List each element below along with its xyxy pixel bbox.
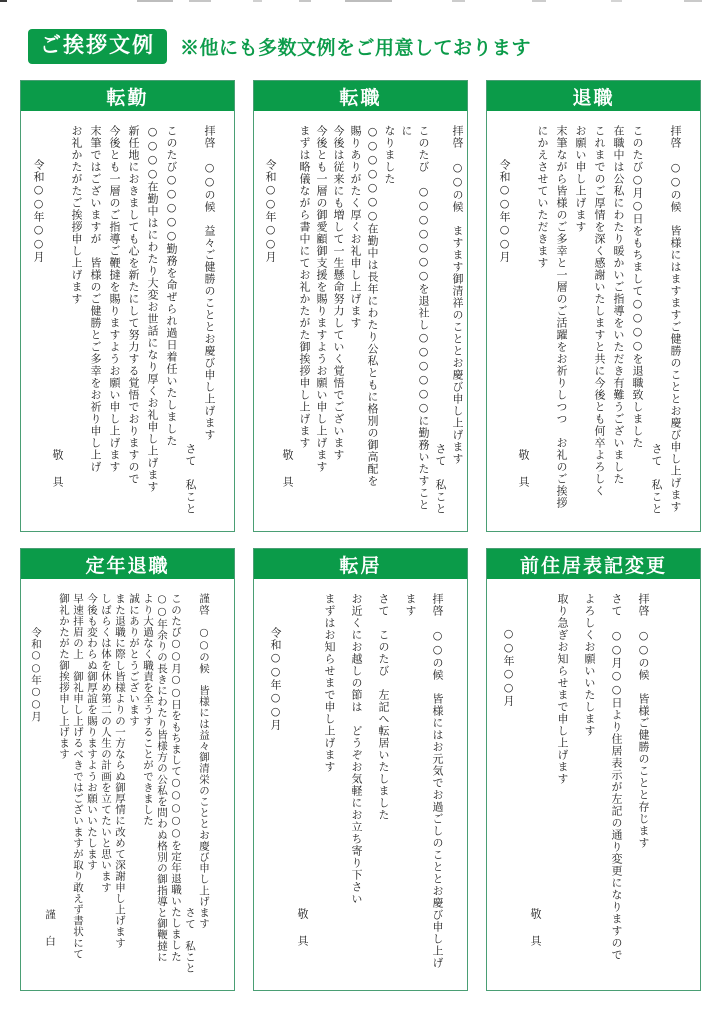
letter-closing: 敬具 xyxy=(48,125,67,515)
letter-line: また退職に際し皆様よりの一方ならぬ御厚情に改めて深謝申し上げます xyxy=(113,593,127,974)
letter-line: さて このたび 左記へ転居いたしました xyxy=(370,593,397,974)
card-zenjukyo-hyoki-henko: 前住居表記変更 拝啓 ○○の候 皆様ご健勝のことと存じます さて ○○月○○日よ… xyxy=(486,548,701,991)
letter-line: より大過なく職責を全うすることができました xyxy=(141,593,155,974)
letter-body: 拝啓 ○○の候 皆様にはお元気でお過ごしのこととお慶び申し上げます さて このた… xyxy=(254,579,467,990)
card-title: 転勤 xyxy=(106,83,148,110)
letter-closing: 敬具 xyxy=(514,125,533,515)
card-tenkin: 転勤 拝啓 ○○の候 益々ご健勝のこととお慶び申し上げます さて 私こと このた… xyxy=(20,80,235,532)
letter-line: 早速拝眉の上 御礼申し上げるべきではございますが取り敢えず書状にて xyxy=(71,593,85,974)
letter-line: 今後は従来にも増して一生懸命努力していく覚悟でございます xyxy=(330,125,347,515)
card-title-bar: 定年退職 xyxy=(21,549,234,579)
letter-line: 在職中は公私にわたり暖かいご指導をいただき有難うございました xyxy=(609,125,628,515)
letter-closing: 敬具 xyxy=(279,125,296,515)
letter-line: 拝啓 ○○の候 益々ご健勝のこととお慶び申し上げます xyxy=(200,125,219,515)
letter-line: お願い申し上げます xyxy=(571,125,590,515)
letter-line: 取り急ぎお知らせまで申し上げます xyxy=(549,593,576,974)
letter-line: 末筆ではございますが 皆様のご健勝とご多幸をお祈り申し上げ xyxy=(86,125,105,515)
letter-line: 今後も変わらぬ御厚誼を賜りますようお願いいたします xyxy=(85,593,99,974)
card-title: 転居 xyxy=(339,551,381,578)
letter-body: 拝啓 ○○の候 ますます御清祥のこととお慶び申し上げます さて 私こと このたび… xyxy=(254,111,482,531)
crop-artifact xyxy=(452,0,465,2)
letter-line: 賜りありがたく厚くお礼申し上げます xyxy=(347,125,364,515)
letter-line: しばらくは体を休め第二の人生の計画を立てたいと思います xyxy=(99,593,113,974)
letter-line: よろしくお願いいたします xyxy=(576,593,603,974)
letter-date: 令和○○年○○月 xyxy=(495,125,514,515)
letter-line: 拝啓 ○○の候 皆様にはお元気でお過ごしのこととお慶び申し上げます xyxy=(397,593,451,974)
letter-date: 令和○○年○○月 xyxy=(262,125,279,515)
letter-line: ○○年余りの長きにわたり皆様方の公私を問わぬ格別の御指導と御鞭撻に xyxy=(155,593,169,974)
letter-line: 拝啓 ○○の候 皆様にはますますご健勝のこととお慶び申し上げます xyxy=(666,125,685,515)
crop-artifact xyxy=(299,0,311,2)
letter-line: さて 私こと xyxy=(183,593,197,974)
letter-line: このたび○○○○○勤務を命ぜられ過日着任いたしました xyxy=(162,125,181,515)
letter-line: お礼かたがたご挨拶申し上げます xyxy=(67,125,86,515)
letter-body: 拝啓 ○○の候 皆様ご健勝のことと存じます さて ○○月○○日より住居表示が左記… xyxy=(487,579,673,990)
letter-line: なりました xyxy=(381,125,398,515)
letter-line: ○○○○在勤中はにわたり大変お世話になり厚くお礼申し上げます xyxy=(143,125,162,515)
cards-row-bottom: 定年退職 謹啓 ○○の候 皆様には益々御清栄のこととお慶び申し上げます さて 私… xyxy=(20,548,701,991)
letter-line: 誠にありがとうございます xyxy=(127,593,141,974)
cards-row-top: 転勤 拝啓 ○○の候 益々ご健勝のこととお慶び申し上げます さて 私こと このた… xyxy=(20,80,701,532)
letter-line: 御礼かたがた御挨拶申し上げます xyxy=(57,593,71,974)
letter-date: 令和○○年○○月 xyxy=(262,593,289,974)
crop-artifact xyxy=(345,0,392,2)
crop-artifact xyxy=(611,0,622,2)
letter-body: 拝啓 ○○の候 益々ご健勝のこととお慶び申し上げます さて 私こと このたび○○… xyxy=(21,111,235,531)
letter-line: 拝啓 ○○の候 皆様ご健勝のことと存じます xyxy=(630,593,657,974)
crop-artifact xyxy=(189,0,211,2)
crop-artifact-strip xyxy=(0,0,722,3)
card-teinen-taishoku: 定年退職 謹啓 ○○の候 皆様には益々御清栄のこととお慶び申し上げます さて 私… xyxy=(20,548,235,991)
crop-artifact xyxy=(0,0,7,2)
letter-body: 謹啓 ○○の候 皆様には益々御清栄のこととお慶び申し上げます さて 私こと この… xyxy=(21,579,227,990)
card-title: 退職 xyxy=(572,83,614,110)
letter-date: 令和○○年○○月 xyxy=(29,125,48,515)
letter-line: さて ○○月○○日より住居表示が左記の通り変更になりますので xyxy=(603,593,630,974)
card-taishoku: 退職 拝啓 ○○の候 皆様にはますますご健勝のこととお慶び申し上げます さて 私… xyxy=(486,80,701,532)
letter-date: 令和○○年○○月 xyxy=(29,593,43,974)
letter-line: さて 私こと xyxy=(432,125,449,515)
letter-line: 拝啓 ○○の候 ますます御清祥のこととお慶び申し上げます xyxy=(449,125,466,515)
letter-date: ○○年○○月 xyxy=(495,593,522,974)
page-header: ご挨拶文例 ※他にも多数文例をご用意しております xyxy=(28,29,531,64)
card-title: 定年退職 xyxy=(85,551,169,578)
card-title-bar: 前住居表記変更 xyxy=(487,549,700,579)
letter-line: このたび ○○○○○○○を退社し○○○○○○に勤務いたすことに xyxy=(398,125,432,515)
card-tenshoku: 転職 拝啓 ○○の候 ますます御清祥のこととお慶び申し上げます さて 私こと こ… xyxy=(253,80,468,532)
letter-line: 謹啓 ○○の候 皆様には益々御清栄のこととお慶び申し上げます xyxy=(197,593,211,974)
card-title-bar: 転職 xyxy=(254,81,467,111)
letter-line: このたび○○月○○日をもちまして○○○○○を定年退職いたしました xyxy=(169,593,183,974)
letter-body: 拝啓 ○○の候 皆様にはますますご健勝のこととお慶び申し上げます さて 私こと … xyxy=(487,111,701,531)
card-title-bar: 転勤 xyxy=(21,81,234,111)
crop-artifact xyxy=(532,0,546,2)
card-tenkyo: 転居 拝啓 ○○の候 皆様にはお元気でお過ごしのこととお慶び申し上げます さて … xyxy=(253,548,468,991)
letter-closing: 敬具 xyxy=(289,593,316,974)
letter-line: 今後とも一層の御愛顧御支援を賜りますようお願い申し上げます xyxy=(313,125,330,515)
letter-line: ○○○○○○○在勤中は長年にわたり公私ともに格別の御高配を xyxy=(364,125,381,515)
letter-line: さて 私こと xyxy=(647,125,666,515)
letter-line: にかえさせていただきます xyxy=(533,125,552,515)
letter-line: このたび○月○日をもちまして○○○○を退職致しました xyxy=(628,125,647,515)
letter-line: まずはお知らせまで申し上げます xyxy=(316,593,343,974)
letter-closing: 敬具 xyxy=(522,593,549,974)
letter-line: 末筆ながら皆様のご多幸と一層のご活躍をお祈りしつつ お礼のご挨拶 xyxy=(552,125,571,515)
greeting-examples-badge: ご挨拶文例 xyxy=(28,29,167,64)
card-title: 転職 xyxy=(339,83,381,110)
more-examples-note: ※他にも多数文例をご用意しております xyxy=(180,33,531,60)
crop-artifact xyxy=(137,0,173,2)
letter-line: さて 私こと xyxy=(181,125,200,515)
crop-artifact xyxy=(253,0,262,2)
card-title-bar: 退職 xyxy=(487,81,700,111)
card-title: 前住居表記変更 xyxy=(520,551,667,578)
letter-line: お近くにお越しの節は どうぞお気軽にお立ち寄り下さい xyxy=(343,593,370,974)
letter-closing: 謹白 xyxy=(43,593,57,974)
letter-line: 新任地におきましても心を新たにして努力する覚悟でおりますので xyxy=(124,125,143,515)
letter-line: まずは略儀ながら書中にてお礼かたがた御挨拶申し上げます xyxy=(296,125,313,515)
crop-artifact xyxy=(684,0,702,2)
letter-line: 今後とも一層のご指導ご鞭撻を賜りますようお願い申し上げます xyxy=(105,125,124,515)
letter-line: これまでのご厚情を深く感謝いたしますと共に今後とも何卒よろしく xyxy=(590,125,609,515)
card-title-bar: 転居 xyxy=(254,549,467,579)
